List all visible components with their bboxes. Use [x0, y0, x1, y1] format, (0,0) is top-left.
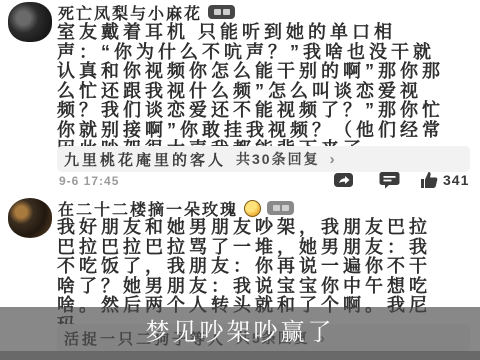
like-button[interactable]: 341: [419, 171, 469, 189]
share-button[interactable]: [333, 171, 354, 188]
share-icon: [333, 171, 354, 188]
avatar[interactable]: [8, 198, 52, 238]
comment-preview-text: 九里桃花庵里的客人: [64, 149, 226, 170]
level-badge-icon: [267, 201, 294, 215]
reply-count: 共30条回复: [236, 149, 320, 169]
post-footer: 9-6 17:45: [57, 171, 472, 191]
caption-overlay-edge: [0, 351, 480, 360]
comment-preview[interactable]: 九里桃花庵里的客人 共30条回复 ›: [57, 146, 470, 172]
level-badge-icon: [208, 5, 235, 19]
timestamp: 9-6 17:45: [59, 174, 119, 188]
avatar[interactable]: [8, 2, 52, 42]
caption-text: 梦见吵架吵赢了: [0, 312, 480, 347]
post-item-1[interactable]: 死亡凤梨与小麻花 室友戴着耳机 只能听到她的单口相 声：“你为什么不吭声？”我啥…: [0, 0, 480, 192]
chevron-right-icon: ›: [330, 151, 335, 168]
comment-icon: [379, 171, 400, 189]
like-count: 341: [443, 172, 469, 188]
post-text: 室友戴着耳机 只能听到她的单口相 声：“你为什么不吭声？”我啥也没干就 认真和你…: [57, 23, 472, 160]
comment-button[interactable]: [379, 171, 400, 189]
emoji-icon: [244, 200, 261, 217]
username[interactable]: 死亡凤梨与小麻花: [58, 1, 202, 24]
thumbs-up-icon: [419, 171, 439, 189]
